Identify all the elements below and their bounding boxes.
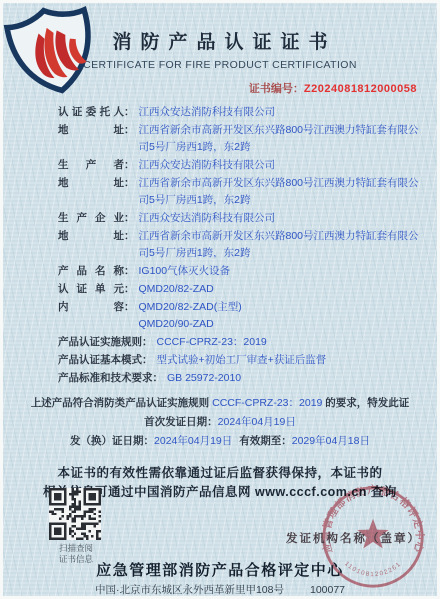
field-value: 江西众安达消防科技有限公司 — [139, 210, 420, 227]
field-list: 认证委托人： 江西众安达消防科技有限公司 地址： 江西省新余市高新开发区东兴路8… — [3, 104, 437, 387]
first-issue-date-label: 首次发证日期： — [144, 416, 218, 428]
first-issue-date-line: 首次发证日期：2024年04月19日 — [3, 413, 437, 432]
compliance-statement: 上述产品符合消防类产品认证实施规则 CCCF-CPRZ-23：2019 的要求，… — [3, 394, 437, 413]
field-value: 江西众安达消防科技有限公司 — [139, 104, 420, 121]
qr-code — [49, 488, 101, 540]
valid-until-label: 有效期至： — [239, 435, 292, 447]
issuer-signature-label: 发证机构名称（盖章） — [286, 530, 421, 546]
field-label: 认证委托人 — [58, 104, 124, 121]
field-label: 产品标准和技术要求 — [58, 370, 153, 387]
field-label: 产品名称 — [58, 263, 124, 280]
field-label: 生产企业 — [58, 210, 124, 227]
field-row-content: 内容： QMD20/82-ZAD(主型)QMD20/90-ZAD — [58, 299, 419, 333]
reissue-date-value: 2024年04月19日 — [154, 435, 232, 447]
field-colon: ： — [124, 210, 135, 227]
certificate-number-value: Z2024081812000058 — [304, 83, 417, 95]
field-value: QMD20/82-ZAD — [139, 281, 420, 298]
field-value: 江西省新余市高新开发区东兴路800号江西澳力特缸套有限公司5号厂房西1跨，东2跨 — [139, 175, 420, 209]
field-colon: ： — [124, 281, 135, 298]
field-colon: ： — [142, 352, 153, 369]
field-colon: ： — [124, 263, 135, 280]
field-colon: ： — [124, 104, 135, 121]
field-label: 地址 — [58, 228, 124, 245]
field-row-cert-unit: 认证单元： QMD20/82-ZAD — [58, 281, 419, 298]
qr-caption-line-1: 扫描查阅 — [49, 543, 103, 554]
field-value: QMD20/82-ZAD(主型)QMD20/90-ZAD — [139, 299, 420, 333]
certificate-number-label: 证书编号： — [249, 83, 304, 95]
field-label: 产品认证实施规则 — [58, 334, 142, 351]
field-label: 产品认证基本模式 — [58, 352, 142, 369]
field-colon: ： — [124, 122, 135, 139]
field-value: GB 25972-2010 — [167, 370, 419, 387]
reissue-date-line: 发（换）证日期：2024年04月19日有效期至：2029年04月18日 — [3, 432, 437, 451]
field-row-cert-mode: 产品认证基本模式： 型式试验+初始工厂审查+获证后监督 — [58, 352, 419, 369]
issuer-address-text: 中国·北京市东城区永外西革新里甲108号 — [95, 584, 284, 596]
field-row-address-3: 地址： 江西省新余市高新开发区东兴路800号江西澳力特缸套有限公司5号厂房西1跨… — [58, 228, 419, 262]
valid-until-value: 2029年04月18日 — [292, 435, 370, 447]
field-row-applicant: 认证委托人： 江西众安达消防科技有限公司 — [58, 104, 419, 121]
statement-prefix: 上述产品符合消防类产品认证实施规则 — [31, 397, 212, 409]
first-issue-date-value: 2024年04月19日 — [218, 416, 296, 428]
field-value: 江西省新余市高新开发区东兴路800号江西澳力特缸套有限公司5号厂房西1跨，东2跨 — [139, 228, 420, 262]
field-row-standard: 产品标准和技术要求： GB 25972-2010 — [58, 370, 419, 387]
qr-block: 扫描查阅 证书信息 — [49, 488, 103, 565]
field-row-manufacturer: 生产企业： 江西众安达消防科技有限公司 — [58, 210, 419, 227]
field-value: IG100气体灭火设备 — [139, 263, 420, 280]
content-line-2: QMD20/90-ZAD — [139, 318, 214, 330]
field-colon: ： — [124, 299, 135, 316]
field-colon: ： — [124, 228, 135, 245]
field-label: 地址 — [58, 122, 124, 139]
field-row-producer: 生产者： 江西众安达消防科技有限公司 — [58, 157, 419, 174]
field-row-cert-rule: 产品认证实施规则： CCCF-CPRZ-23：2019 — [58, 334, 419, 351]
field-colon: ： — [124, 175, 135, 192]
field-colon: ： — [153, 370, 164, 387]
statement-rule: CCCF-CPRZ-23：2019 — [212, 397, 322, 409]
issuer-address: 中国·北京市东城区永外西革新里甲108号100077 — [3, 582, 437, 597]
certificate-page: 消防产品认证证书 CERTIFICATE FOR FIRE PRODUCT CE… — [0, 0, 440, 599]
field-label: 认证单元 — [58, 281, 124, 298]
field-value: 江西省新余市高新开发区东兴路800号江西澳力特缸套有限公司5号厂房西1跨，东2跨 — [139, 122, 420, 156]
field-label: 内容 — [58, 299, 124, 316]
field-value: 型式试验+初始工厂审查+获证后监督 — [157, 352, 420, 369]
field-colon: ： — [124, 157, 135, 174]
field-row-address-1: 地址： 江西省新余市高新开发区东兴路800号江西澳力特缸套有限公司5号厂房西1跨… — [58, 122, 419, 156]
issuing-organization: 应急管理部消防产品合格评定中心 — [3, 559, 437, 580]
field-row-product-name: 产品名称： IG100气体灭火设备 — [58, 263, 419, 280]
field-row-address-2: 地址： 江西省新余市高新开发区东兴路800号江西澳力特缸套有限公司5号厂房西1跨… — [58, 175, 419, 209]
content-line-1: QMD20/82-ZAD(主型) — [139, 301, 242, 313]
field-colon: ： — [142, 334, 153, 351]
field-value: CCCF-CPRZ-23：2019 — [157, 334, 420, 351]
validity-notice-line-1: 本证书的有效性需依靠通过证后监督获得保持，本证书的 — [3, 464, 437, 483]
statement-suffix: 的要求，特发此证 — [322, 397, 409, 409]
field-value: 江西众安达消防科技有限公司 — [139, 157, 420, 174]
field-label: 生产者 — [58, 157, 124, 174]
field-label: 地址 — [58, 175, 124, 192]
reissue-date-label: 发（换）证日期： — [70, 435, 154, 447]
issuer-postcode: 100077 — [310, 584, 345, 596]
